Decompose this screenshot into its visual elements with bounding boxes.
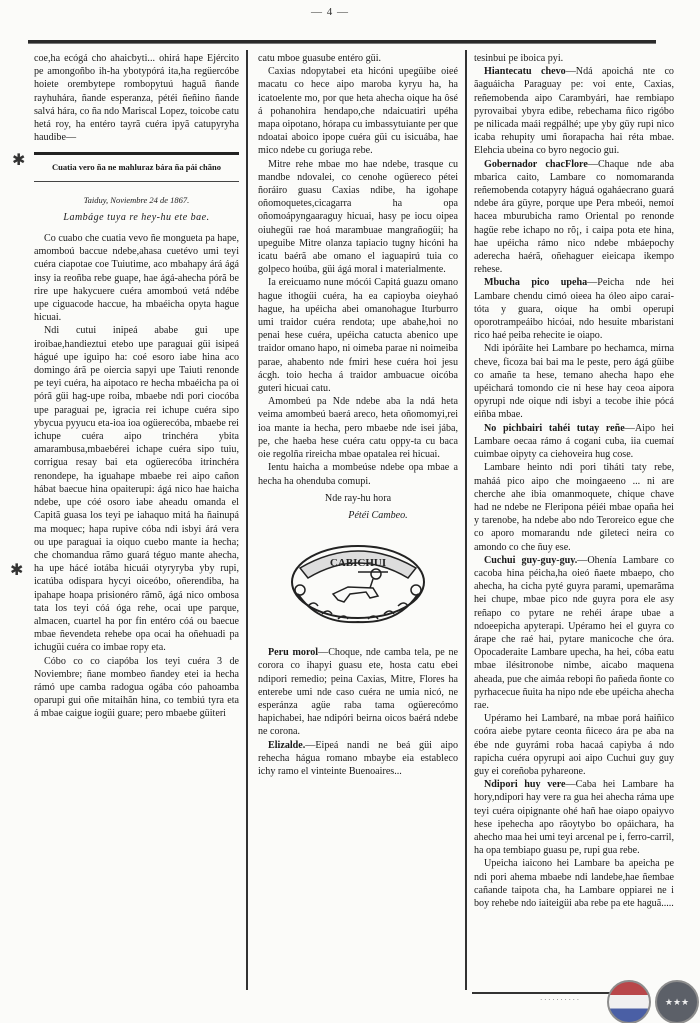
article-paragraph: Ientu haicha a mombeúse ndebe opa mbae a… xyxy=(258,461,458,487)
section-text: —Chaque nde aba mbarica caito, Lambare c… xyxy=(474,159,674,276)
section-text: Lambare heinto ndi pori tiháti taty rebe… xyxy=(474,462,674,552)
footer-text: · · · · · · · · · · xyxy=(540,996,579,1004)
header-rule xyxy=(28,40,656,44)
article-paragraph: Ia ereicuamo nune mócói Capitá guazu oma… xyxy=(258,276,458,395)
section-text: Ndi ipórãite hei Lambare po hechamca, mi… xyxy=(474,343,674,420)
column-2: catu mboe guasube entéro güi. Caxias ndo… xyxy=(258,52,458,778)
masthead-motto: Cuatia vero ña ne mahluraz bára ña pái c… xyxy=(34,161,239,174)
article-paragraph: Mitre rehe mbae mo hae ndebe, trasque cu… xyxy=(258,158,458,277)
section-text: Upéramo hei Lambaré, na mbae porá haiñic… xyxy=(474,713,674,777)
newspaper-page: — 4 — coe,ha ecógá cho ahaicbyti... ohir… xyxy=(0,0,700,1023)
dateline: Taiduy, Noviembre 24 de 1867. xyxy=(34,194,239,207)
section-title: Elizalde. xyxy=(268,740,305,751)
article-paragraph: Co cuabo che cuatia vevo ñe mongueta pa … xyxy=(34,232,239,324)
section-title: Ndipori huy vere xyxy=(484,779,566,790)
page-number: — 4 — xyxy=(300,6,360,18)
column-1: coe,ha ecógá cho ahaicbyti... ohirá hape… xyxy=(34,52,239,721)
section-title: Hiantecatu chevo xyxy=(484,66,566,77)
section-text: —Choque, nde camba tela, pe ne corora co… xyxy=(258,647,458,737)
centaur-emblem-icon: CABICHUI xyxy=(278,532,438,632)
section-title: No pichbairi tahéi tutay reñe xyxy=(484,423,625,434)
section-title: Mbucha pico upeha xyxy=(484,277,587,288)
article-paragraph: Amombeú pa Nde ndebe aba la ndá heta vei… xyxy=(258,395,458,461)
article-paragraph: Ndi cutui inipeá ababe gui upe iroibae,h… xyxy=(34,324,239,654)
section-rule xyxy=(34,152,239,155)
article-paragraph: catu mboe guasube entéro güi. xyxy=(258,52,458,65)
section-text: —Caba hei Lambare ha hory,ndipori hay ve… xyxy=(474,779,674,856)
ink-blot-icon: ✱ xyxy=(10,560,23,580)
column-divider xyxy=(465,50,467,990)
section-text: Upeicha iaicono hei Lambare ba apeicha p… xyxy=(474,858,674,909)
intro-paragraph: coe,ha ecógá cho ahaicbyti... ohirá hape… xyxy=(34,52,239,144)
article-paragraph: Caxias ndopytabei eta hicóni upegüibe oi… xyxy=(258,65,458,157)
article-headline: Lambáge tuya re hey-hu ete bae. xyxy=(34,211,239,224)
letter-signature: Pétéi Cambeo. xyxy=(298,509,458,522)
column-3: tesinbui pe iboica pyi. Hiantecatu chevo… xyxy=(474,52,674,910)
article-paragraph: Cóbo co co ciapóba los teyi cuéra 3 de N… xyxy=(34,655,239,721)
paraguay-flag-seal-icon xyxy=(607,980,651,1023)
three-star-seal-icon: ★★★ xyxy=(655,980,699,1023)
section-title: Cuchui guy-guy-guy. xyxy=(484,555,577,566)
section-text: —Ohenía Lambare co cacoba hina péicha,ha… xyxy=(474,555,674,711)
section-rule xyxy=(34,181,239,182)
ink-blot-icon: ✱ xyxy=(12,150,25,170)
article-paragraph: tesinbui pe iboica pyi. xyxy=(474,52,674,65)
section-text: —Ndá apoichá nte co ãaguáicha Paraguay p… xyxy=(474,66,674,156)
letter-signoff: Nde ray-hu hora xyxy=(258,492,458,505)
section-title: Peru morol xyxy=(268,647,318,658)
section-title: Gobernador chacFlore xyxy=(484,159,588,170)
column-divider xyxy=(246,50,248,990)
emblem-banner: CABICHUI xyxy=(330,557,386,569)
